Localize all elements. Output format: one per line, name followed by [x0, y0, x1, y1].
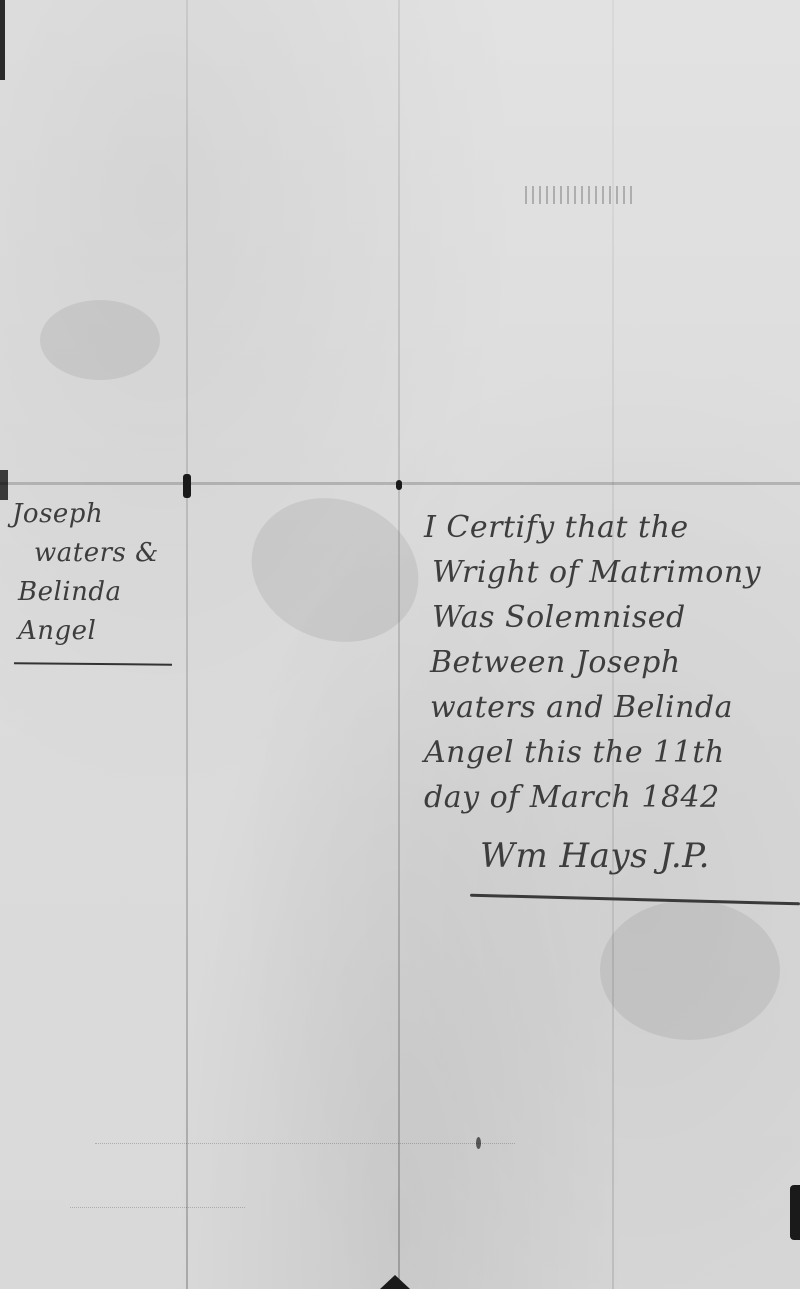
vertical-fold-line: [398, 0, 400, 1289]
dotted-rule: [95, 1143, 515, 1145]
certificate-line: I Certify that the: [424, 505, 761, 550]
stain: [600, 900, 780, 1040]
right-edge-tear: [790, 1185, 800, 1240]
fold-tear: [183, 474, 191, 498]
certificate-line: day of March 1842: [424, 775, 761, 820]
signature: Wm Hays J.P.: [480, 836, 710, 876]
docket-underline: [14, 662, 172, 665]
certificate-line: Angel this the 11th: [424, 730, 761, 775]
document-page: Joseph waters & Belinda Angel I Certify …: [0, 0, 800, 1289]
dotted-rule: [70, 1207, 245, 1209]
certificate-line: waters and Belinda: [424, 685, 761, 730]
docket-line: waters &: [12, 534, 159, 573]
bottom-tear: [380, 1275, 410, 1289]
vertical-fold-line: [186, 0, 188, 1289]
fold-tear: [396, 480, 402, 490]
certificate-text: I Certify that the Wright of Matrimony W…: [424, 505, 761, 820]
stain: [40, 300, 160, 380]
page-edge-tear: [0, 470, 8, 500]
docket-line: Joseph: [12, 495, 159, 534]
page-edge-shadow: [0, 0, 5, 80]
docket-line: Angel: [12, 612, 159, 651]
signature-rule: [470, 894, 800, 906]
docket-names: Joseph waters & Belinda Angel: [12, 495, 159, 651]
certificate-line: Between Joseph: [424, 640, 761, 685]
water-stain: [231, 475, 439, 665]
certificate-line: Wright of Matrimony: [424, 550, 761, 595]
certificate-line: Was Solemnised: [424, 595, 761, 640]
docket-line: Belinda: [12, 573, 159, 612]
faded-print-marks: [525, 186, 635, 204]
